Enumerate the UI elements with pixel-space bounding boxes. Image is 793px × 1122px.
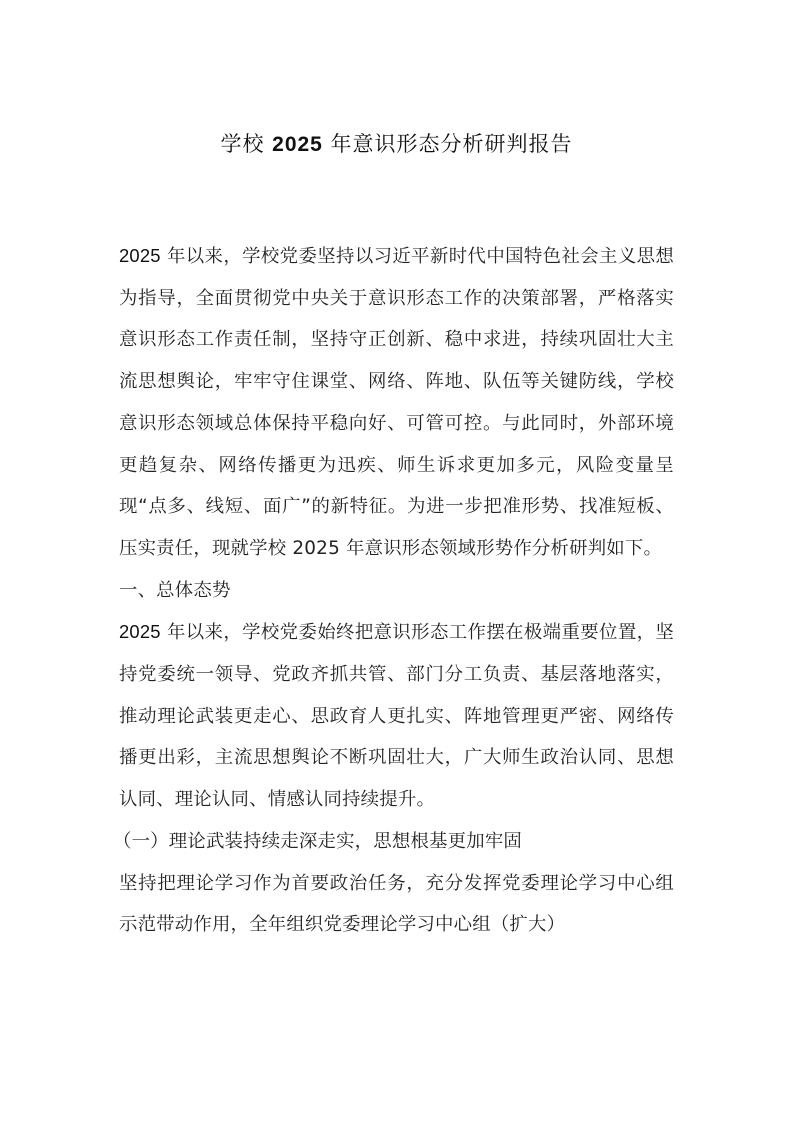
subsection-1-paragraph: 坚持把理论学习作为首要政治任务，充分发挥党委理论学习中心组示范带动作用，全年组织…	[119, 863, 674, 946]
section-1-paragraph: 2025 年以来，学校党委始终把意识形态工作摆在极端重要位置，坚持党委统一领导、…	[119, 611, 674, 821]
title-year: 2025	[272, 133, 323, 156]
section-1-text: 年以来，学校党委始终把意识形态工作摆在极端重要位置，坚持党委统一领导、党政齐抓共…	[119, 622, 674, 810]
document-page: 学校 2025 年意识形态分析研判报告 2025 年以来，学校党委坚持以习近平新…	[0, 0, 793, 1122]
intro-paragraph: 2025 年以来，学校党委坚持以习近平新时代中国特色社会主义思想为指导，全面贯彻…	[119, 235, 674, 570]
section-heading-overall-situation: 一、总体态势	[119, 570, 674, 612]
section-1-year: 2025	[119, 621, 161, 642]
document-title: 学校 2025 年意识形态分析研判报告	[0, 128, 793, 158]
intro-text: 年以来，学校党委坚持以习近平新时代中国特色社会主义思想为指导，全面贯彻党中央关于…	[119, 246, 674, 559]
title-suffix: 年意识形态分析研判报告	[331, 132, 573, 156]
title-prefix: 学校	[220, 132, 264, 156]
subsection-heading-theory: （一）理论武装持续走深走实，思想根基更加牢固	[113, 821, 674, 863]
intro-year: 2025	[119, 245, 161, 266]
document-body: 2025 年以来，学校党委坚持以习近平新时代中国特色社会主义思想为指导，全面贯彻…	[119, 235, 674, 946]
